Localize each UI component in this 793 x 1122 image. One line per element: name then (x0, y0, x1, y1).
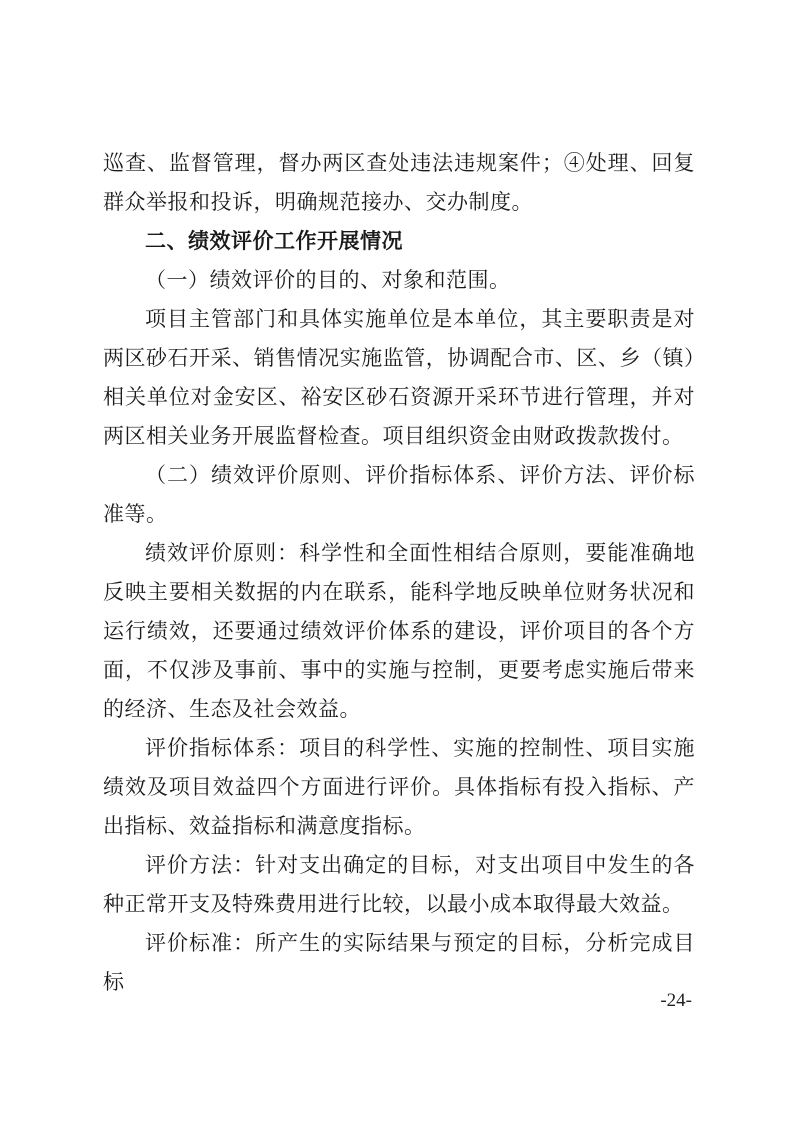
paragraph-evaluation-method: 评价方法：针对支出确定的目标，对支出项目中发生的各种正常开支及特殊费用进行比较，… (103, 846, 695, 924)
paragraph-evaluation-standard: 评价标准：所产生的实际结果与预定的目标，分析完成目标 (103, 924, 695, 1002)
document-page: 巡查、监督管理，督办两区查处违法违规案件；④处理、回复群众举报和投诉，明确规范接… (0, 0, 793, 1122)
page-number: -24- (660, 990, 692, 1012)
section-heading: 二、绩效评价工作开展情况 (103, 222, 695, 261)
paragraph-evaluation-principles: 绩效评价原则：科学性和全面性相结合原则，要能准确地反映主要相关数据的内在联系，能… (103, 534, 695, 729)
sub-heading-1: （一）绩效评价的目的、对象和范围。 (103, 261, 695, 300)
paragraph-responsibilities: 项目主管部门和具体实施单位是本单位，其主要职责是对两区砂石开采、销售情况实施监管… (103, 300, 695, 456)
document-body: 巡查、监督管理，督办两区查处违法违规案件；④处理、回复群众举报和投诉，明确规范接… (103, 144, 695, 1002)
paragraph-indicator-system: 评价指标体系：项目的科学性、实施的控制性、项目实施绩效及项目效益四个方面进行评价… (103, 729, 695, 846)
paragraph-continuation: 巡查、监督管理，督办两区查处违法违规案件；④处理、回复群众举报和投诉，明确规范接… (103, 144, 695, 222)
sub-heading-2: （二）绩效评价原则、评价指标体系、评价方法、评价标准等。 (103, 456, 695, 534)
